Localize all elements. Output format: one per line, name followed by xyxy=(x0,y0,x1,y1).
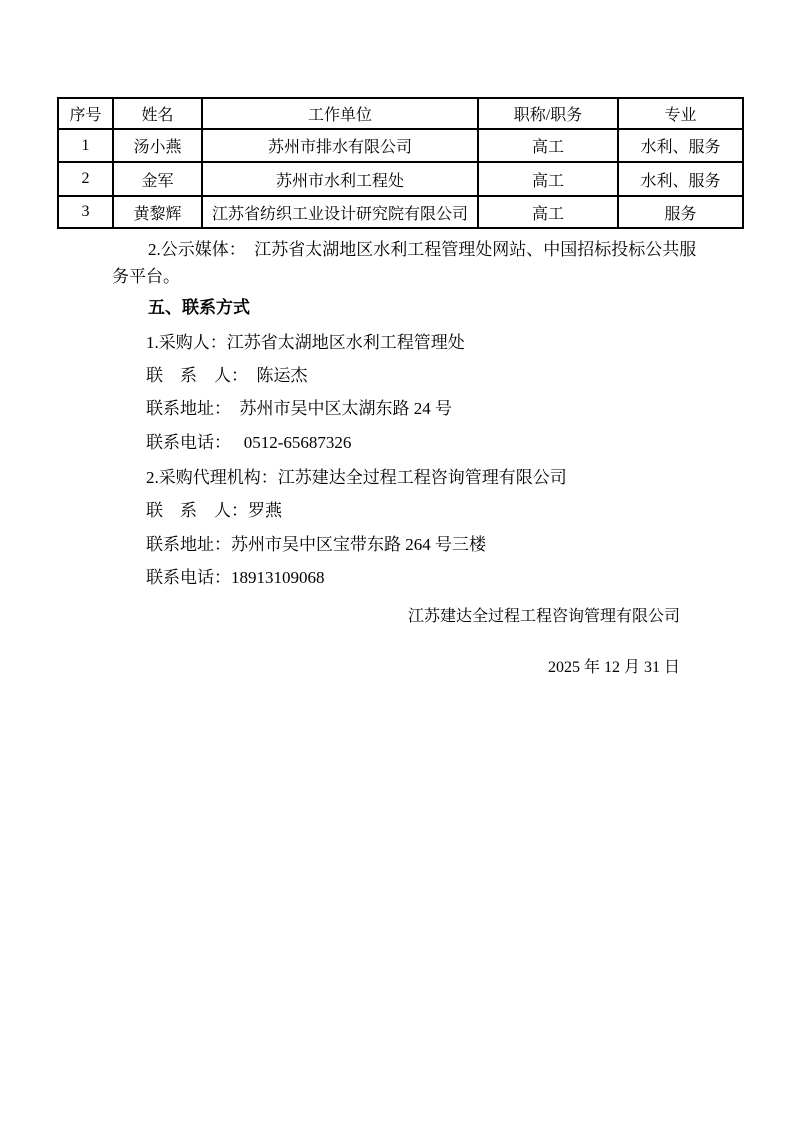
table-header-row: 序号 姓名 工作单位 职称/职务 专业 xyxy=(58,98,743,129)
agency-contact-phone: 联系电话：18913109068 xyxy=(146,568,325,588)
header-work-unit: 工作单位 xyxy=(202,98,478,129)
header-name: 姓名 xyxy=(113,98,202,129)
purchaser-contact-address: 联系地址： 苏州市吴中区太湖东路 24 号 xyxy=(146,399,452,419)
agency-line: 2.采购代理机构：江苏建达全过程工程咨询管理有限公司 xyxy=(146,468,567,488)
cell-serial: 3 xyxy=(58,196,113,228)
header-title-position: 职称/职务 xyxy=(478,98,618,129)
header-specialty: 专业 xyxy=(618,98,743,129)
cell-name: 黄黎辉 xyxy=(113,196,202,228)
table-row: 2 金军 苏州市水利工程处 高工 水利、服务 xyxy=(58,162,743,196)
cell-work-unit: 江苏省纺织工业设计研究院有限公司 xyxy=(202,196,478,228)
purchaser-line: 1.采购人：江苏省太湖地区水利工程管理处 xyxy=(146,333,465,353)
cell-name: 金军 xyxy=(113,162,202,196)
table-row: 3 黄黎辉 江苏省纺织工业设计研究院有限公司 高工 服务 xyxy=(58,196,743,228)
cell-specialty: 水利、服务 xyxy=(618,129,743,162)
agency-contact-name: 联 系 人：罗燕 xyxy=(146,501,282,521)
cell-specialty: 服务 xyxy=(618,196,743,228)
header-serial-number: 序号 xyxy=(58,98,113,129)
cell-serial: 2 xyxy=(58,162,113,196)
document-page: 序号 姓名 工作单位 职称/职务 专业 1 汤小燕 苏州市排水有限公司 高工 水… xyxy=(0,0,800,1131)
cell-serial: 1 xyxy=(58,129,113,162)
purchaser-contact-phone: 联系电话： 0512-65687326 xyxy=(146,433,351,453)
experts-table: 序号 姓名 工作单位 职称/职务 专业 1 汤小燕 苏州市排水有限公司 高工 水… xyxy=(57,97,744,229)
cell-specialty: 水利、服务 xyxy=(618,162,743,196)
cell-title: 高工 xyxy=(478,162,618,196)
cell-title: 高工 xyxy=(478,196,618,228)
section-heading-contact: 五、联系方式 xyxy=(148,298,250,318)
cell-work-unit: 苏州市排水有限公司 xyxy=(202,129,478,162)
agency-contact-address: 联系地址：苏州市吴中区宝带东路 264 号三楼 xyxy=(146,535,486,555)
cell-name: 汤小燕 xyxy=(113,129,202,162)
cell-title: 高工 xyxy=(478,129,618,162)
signature-company: 江苏建达全过程工程咨询管理有限公司 xyxy=(0,607,680,627)
publicity-media-line1: 2.公示媒体： 江苏省太湖地区水利工程管理处网站、中国招标投标公共服 xyxy=(148,240,696,260)
cell-work-unit: 苏州市水利工程处 xyxy=(202,162,478,196)
publicity-media-line2: 务平台。 xyxy=(112,267,180,287)
purchaser-contact-name: 联 系 人： 陈运杰 xyxy=(146,366,308,386)
signature-date: 2025 年 12 月 31 日 xyxy=(0,658,680,678)
table-row: 1 汤小燕 苏州市排水有限公司 高工 水利、服务 xyxy=(58,129,743,162)
